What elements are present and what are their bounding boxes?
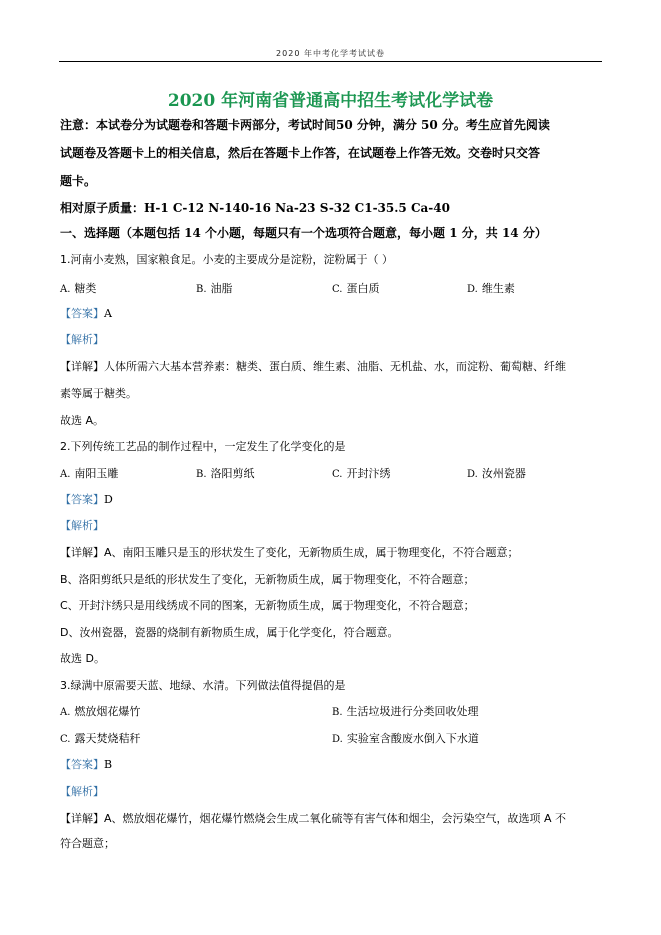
option-text: 南阳玉雕 (74, 467, 118, 480)
question-2-stem: 2.下列传统工艺品的制作过程中，一定发生了化学变化的是 (60, 439, 346, 455)
option-letter: D. (467, 284, 478, 295)
question-3-answer: 【答案】B (60, 757, 112, 773)
question-1-conclusion: 故选 A。 (60, 413, 104, 429)
question-1-option-b: B.油脂 (196, 281, 233, 298)
question-1-answer: 【答案】A (60, 306, 112, 322)
option-text: 汝州瓷器 (482, 467, 526, 480)
option-text: 洛阳剪纸 (211, 467, 255, 480)
notice-line-3: 题卡。 (60, 173, 96, 189)
document-title: 2020 年河南省普通高中招生考试化学试卷 (59, 86, 602, 111)
question-1-stem: 1.河南小麦熟，国家粮食足。小麦的主要成分是淀粉，淀粉属于（ ） (60, 252, 393, 268)
notice-line-2: 试题卷及答题卡上的相关信息，然后在答题卡上作答，在试题卷上作答无效。交卷时只交答 (60, 145, 540, 161)
question-3-stem: 3.绿满中原需要天蓝、地绿、水清。下列做法值得提倡的是 (60, 678, 346, 694)
detail-text: A、南阳玉雕只是玉的形状发生了变化，无新物质生成，属于物理变化，不符合题意； (104, 546, 519, 559)
question-2-detail-2: B、洛阳剪纸只是纸的形状发生了变化，无新物质生成，属于物理变化，不符合题意； (60, 572, 475, 588)
answer-value: B (104, 758, 112, 771)
option-text: 燃放烟花爆竹 (74, 705, 140, 718)
question-1-detail-2: 素等属于糖类。 (60, 386, 137, 402)
question-2-detail-1: 【详解】A、南阳玉雕只是玉的形状发生了变化，无新物质生成，属于物理变化，不符合题… (60, 545, 519, 561)
question-2-option-c: C.开封汴绣 (332, 466, 390, 483)
question-1-option-c: C.蛋白质 (332, 281, 379, 298)
option-text: 蛋白质 (346, 282, 379, 295)
question-1-option-a: A.糖类 (60, 281, 96, 298)
question-2-detail-4: D、汝州瓷器，瓷器的烧制有新物质生成，属于化学变化，符合题意。 (60, 625, 398, 641)
option-text: 露天焚烧秸秆 (74, 732, 140, 745)
option-letter: D. (332, 734, 343, 745)
question-3-detail-1: 【详解】A、燃放烟花爆竹，烟花爆竹燃烧会生成二氧化硫等有害气体和烟尘，会污染空气… (60, 811, 566, 827)
option-letter: B. (196, 469, 207, 480)
question-1-analysis-tag: 【解析】 (60, 332, 104, 348)
question-3-option-b: B.生活垃圾进行分类回收处理 (332, 704, 479, 721)
detail-tag: 【详解】 (60, 812, 104, 825)
option-letter: B. (196, 284, 207, 295)
option-letter: D. (467, 469, 478, 480)
header-divider (59, 61, 602, 62)
question-2-option-a: A.南阳玉雕 (60, 466, 118, 483)
option-text: 油脂 (211, 282, 233, 295)
detail-tag: 【详解】 (60, 546, 104, 559)
question-3-detail-2: 符合题意； (60, 836, 115, 852)
option-text: 生活垃圾进行分类回收处理 (347, 705, 479, 718)
option-letter: C. (60, 734, 70, 745)
option-text: 糖类 (74, 282, 96, 295)
question-3-option-c: C.露天焚烧秸秆 (60, 731, 140, 748)
answer-tag: 【答案】 (60, 307, 104, 320)
option-letter: A. (60, 284, 70, 295)
question-1-option-d: D.维生素 (467, 281, 515, 298)
running-header: 2020 年中考化学考试试卷 (59, 48, 602, 59)
option-letter: C. (332, 469, 342, 480)
section-heading: 一、选择题（本题包括 14 个小题，每题只有一个选项符合题意，每小题 1 分，共… (60, 225, 547, 241)
answer-tag: 【答案】 (60, 493, 104, 506)
detail-text: A、燃放烟花爆竹，烟花爆竹燃烧会生成二氧化硫等有害气体和烟尘，会污染空气，故选项… (104, 812, 566, 825)
question-2-answer: 【答案】D (60, 492, 113, 508)
option-letter: B. (332, 707, 343, 718)
answer-value: D (104, 493, 113, 506)
notice-line-1: 注意：本试卷分为试题卷和答题卡两部分，考试时间50 分钟，满分 50 分。考生应… (60, 117, 550, 133)
option-letter: C. (332, 284, 342, 295)
option-letter: A. (60, 707, 70, 718)
question-3-option-a: A.燃放烟花爆竹 (60, 704, 140, 721)
question-1-detail-1: 【详解】人体所需六大基本营养素：糖类、蛋白质、维生素、油脂、无机盐、水，而淀粉、… (60, 359, 566, 375)
option-text: 开封汴绣 (346, 467, 390, 480)
atomic-masses: 相对原子质量：H-1 C-12 N-140-16 Na-23 S-32 C1-3… (60, 200, 450, 216)
answer-value: A (104, 307, 112, 320)
question-2-option-d: D.汝州瓷器 (467, 466, 526, 483)
option-text: 维生素 (482, 282, 515, 295)
question-2-conclusion: 故选 D。 (60, 651, 105, 667)
option-letter: A. (60, 469, 70, 480)
question-3-option-d: D.实验室含酸废水倒入下水道 (332, 731, 479, 748)
question-2-analysis-tag: 【解析】 (60, 518, 104, 534)
detail-tag: 【详解】 (60, 360, 104, 373)
detail-text: 人体所需六大基本营养素：糖类、蛋白质、维生素、油脂、无机盐、水，而淀粉、葡萄糖、… (104, 360, 566, 373)
question-2-detail-3: C、开封汴绣只是用线绣成不同的图案，无新物质生成，属于物理变化，不符合题意； (60, 598, 475, 614)
answer-tag: 【答案】 (60, 758, 104, 771)
question-2-option-b: B.洛阳剪纸 (196, 466, 255, 483)
question-3-analysis-tag: 【解析】 (60, 784, 104, 800)
option-text: 实验室含酸废水倒入下水道 (347, 732, 479, 745)
